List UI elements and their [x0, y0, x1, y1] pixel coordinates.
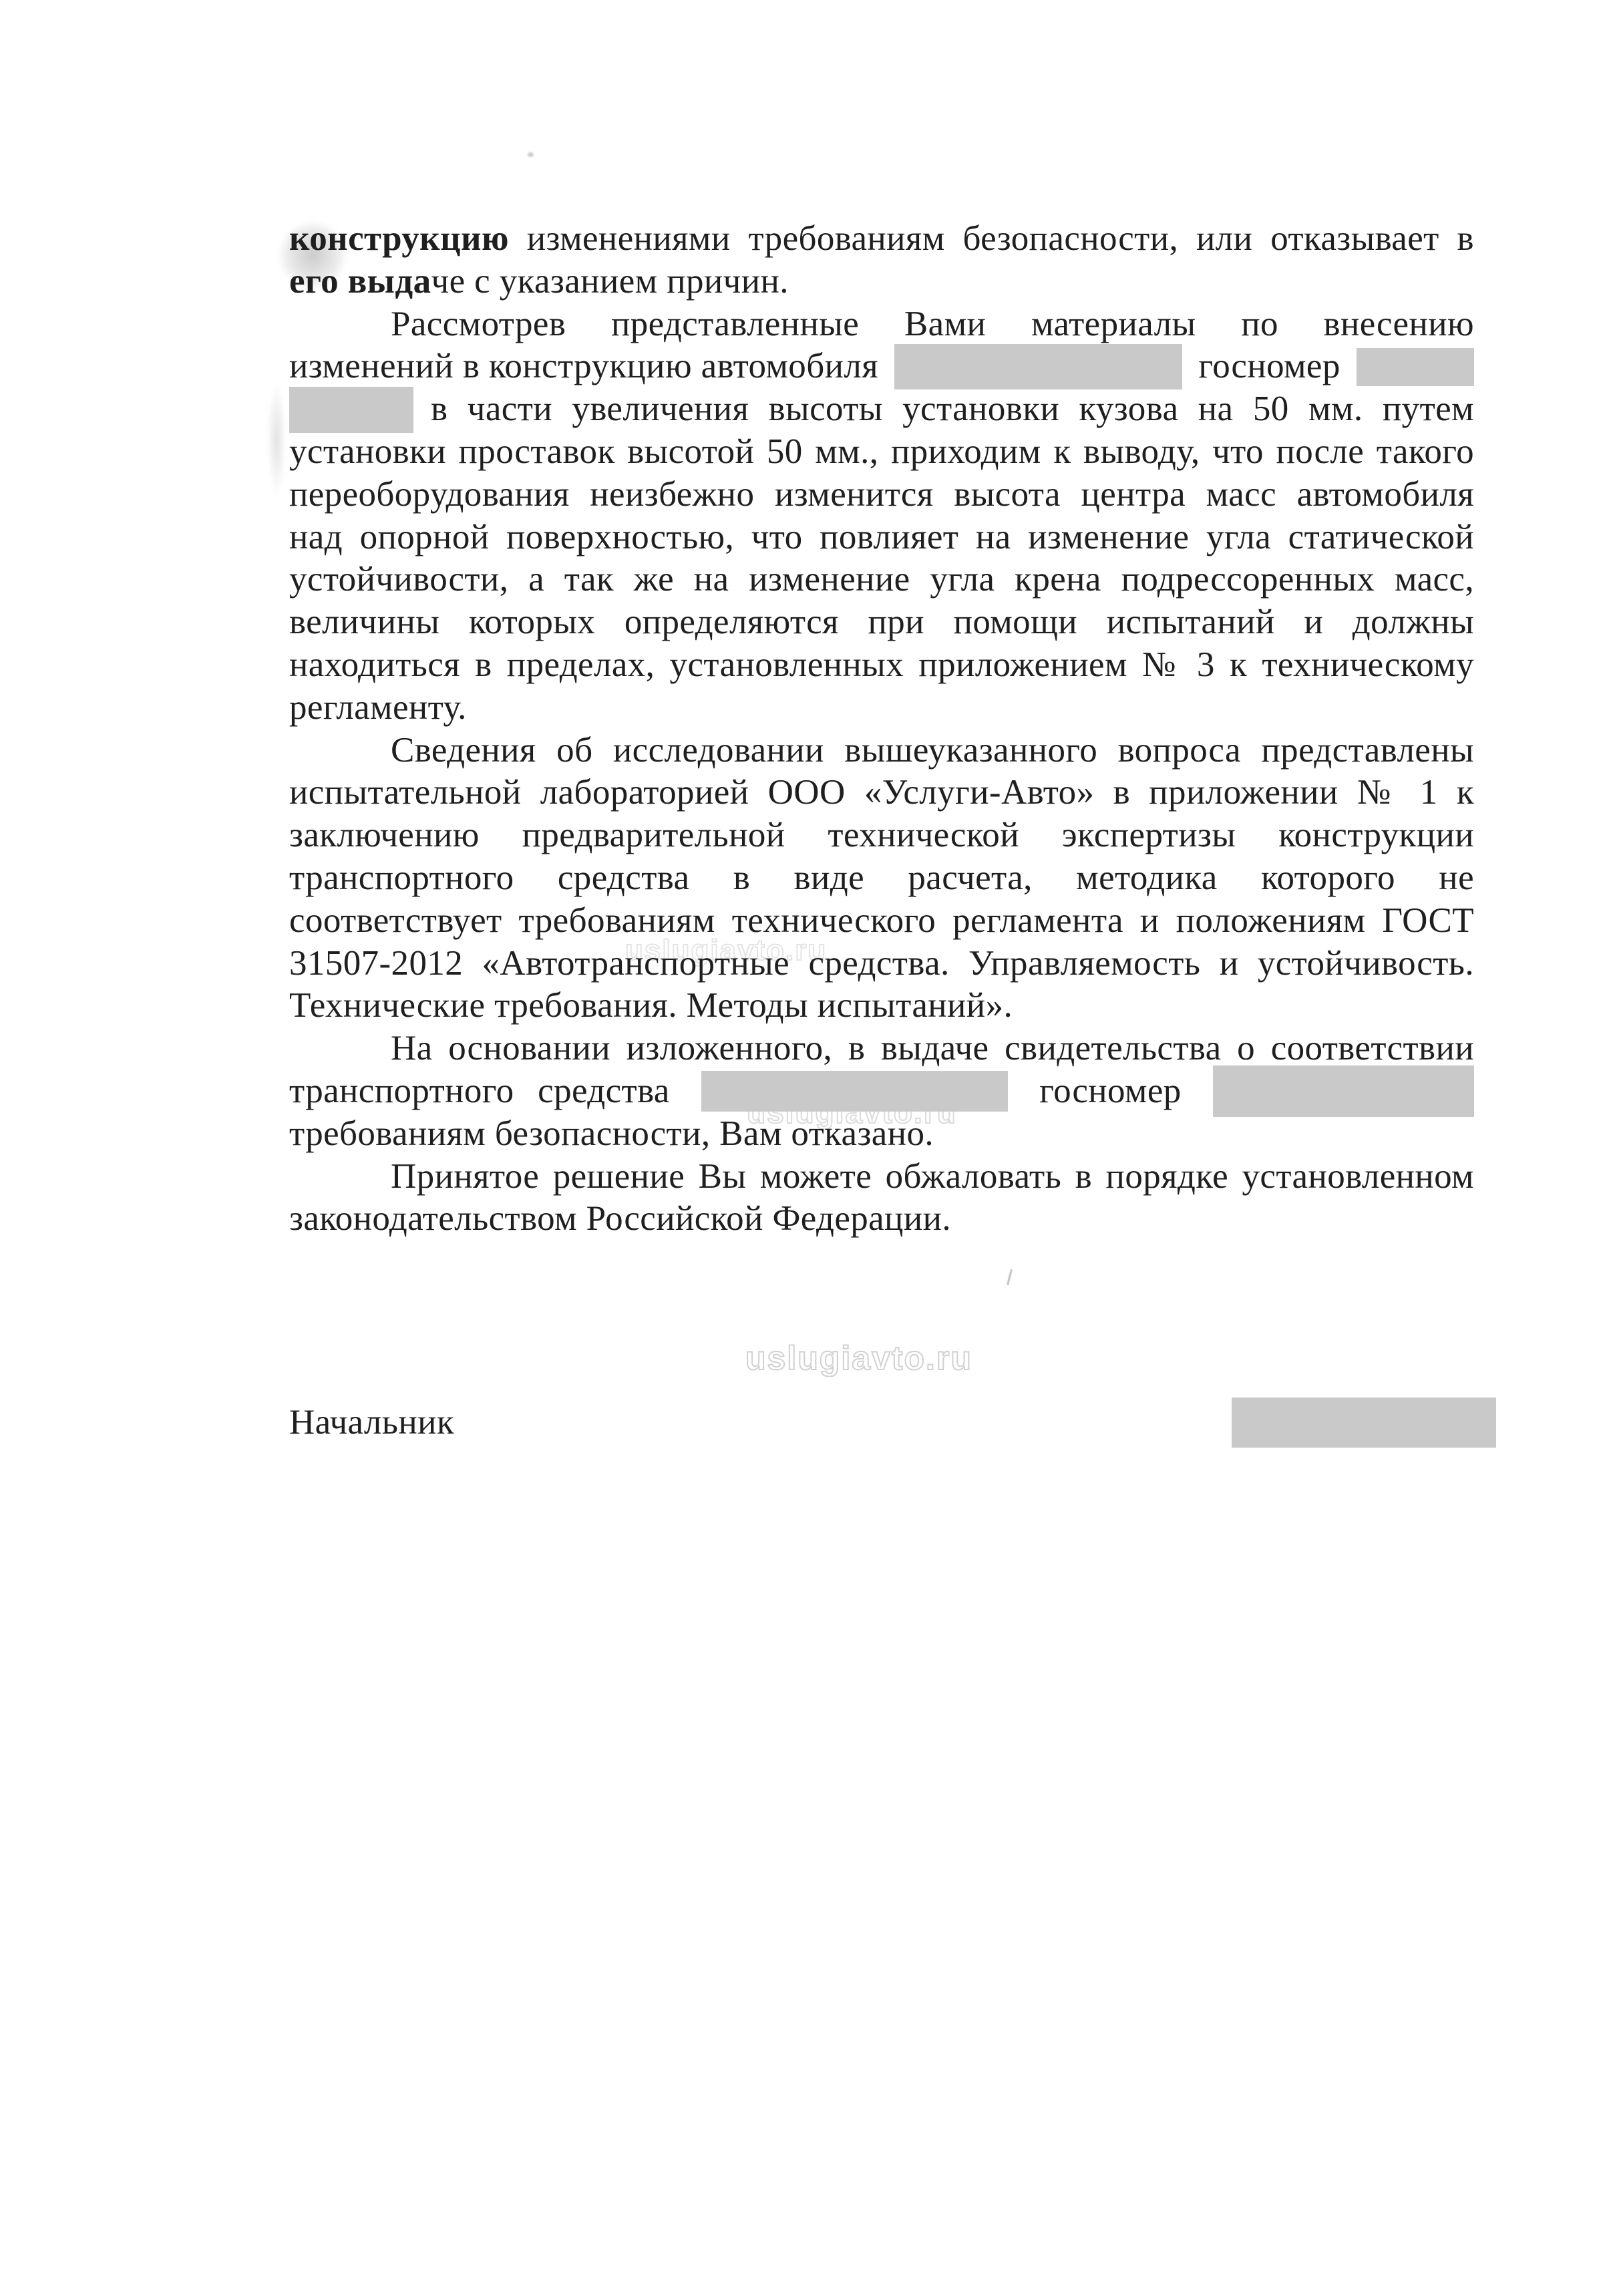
text-line: величины которых определяются при помощи…	[289, 601, 1474, 644]
signatory-title: Начальник	[289, 1402, 454, 1442]
text-line: в части увеличения высоты установки кузо…	[289, 388, 1474, 431]
text-line: соответствует требованиям технического р…	[289, 900, 1474, 943]
redaction-box-plate-number-2	[1213, 1065, 1474, 1117]
scan-speck-artifact	[1007, 1269, 1013, 1285]
text-line: законодательством Российской Федерации.	[289, 1198, 1474, 1241]
text-segment: в части увеличения высоты установки кузо…	[431, 388, 1474, 431]
redaction-box-vehicle-model-1	[894, 344, 1182, 389]
scan-smudge-artifact	[264, 367, 289, 511]
redaction-box-plate-number-1b	[289, 387, 413, 433]
text-segment: госномер	[1198, 345, 1340, 388]
text-line: установки проставок высотой 50 мм., прих…	[289, 431, 1474, 474]
signature-row: Начальник	[289, 1393, 1496, 1452]
text-lead: его выда	[289, 262, 431, 301]
text-column: конструкцию изменениями требованиям безо…	[289, 218, 1474, 1241]
text-line: регламенту.	[289, 687, 1474, 729]
text-line: изменений в конструкцию автомобилягосном…	[289, 345, 1474, 388]
text-line: 31507-2012 «Автотранспортные средства. У…	[289, 943, 1474, 985]
redaction-box-vehicle-model-2	[701, 1071, 1008, 1112]
text-line: конструкцию изменениями требованиям безо…	[289, 218, 1474, 261]
text-line: Рассмотрев представленные Вами материалы…	[289, 303, 1474, 346]
redaction-box-plate-number-1	[1357, 348, 1474, 386]
text-line: требованиям безопасности, Вам отказано.	[289, 1113, 1474, 1156]
text-segment: госномер	[1039, 1070, 1181, 1113]
text-lead: конструкцию	[289, 219, 509, 258]
text-line: транспортного средства в виде расчета, м…	[289, 857, 1474, 900]
scanned-document-page: uslugiavto.ru uslugiavto.ru uslugiavto.r…	[0, 0, 1609, 2296]
text-segment: изменений в конструкцию автомобиля	[289, 345, 878, 388]
text-line: заключению предварительной технической э…	[289, 814, 1474, 857]
text-line: устойчивости, а так же на изменение угла…	[289, 558, 1474, 601]
text-line: его выдаче с указанием причин.	[289, 261, 1474, 303]
text-line: транспортного средствагосномер	[289, 1070, 1474, 1113]
watermark: uslugiavto.ru	[745, 1339, 972, 1377]
text-line: над опорной поверхностью, что повлияет н…	[289, 516, 1474, 559]
text-line: Принятое решение Вы можете обжаловать в …	[289, 1156, 1474, 1198]
text-segment: транспортного средства	[289, 1070, 670, 1113]
text-line: На основании изложенного, в выдаче свиде…	[289, 1027, 1474, 1070]
text-line: Сведения об исследовании вышеуказанного …	[289, 729, 1474, 772]
text-line: переоборудования неизбежно изменится выс…	[289, 474, 1474, 516]
text-line: Технические требования. Методы испытаний…	[289, 985, 1474, 1027]
scan-speck-artifact	[528, 152, 534, 157]
redaction-box-signature	[1232, 1398, 1496, 1448]
text-line: находиться в пределах, установленных при…	[289, 644, 1474, 687]
text-line: испытательной лабораторией ООО «Услуги-А…	[289, 772, 1474, 814]
